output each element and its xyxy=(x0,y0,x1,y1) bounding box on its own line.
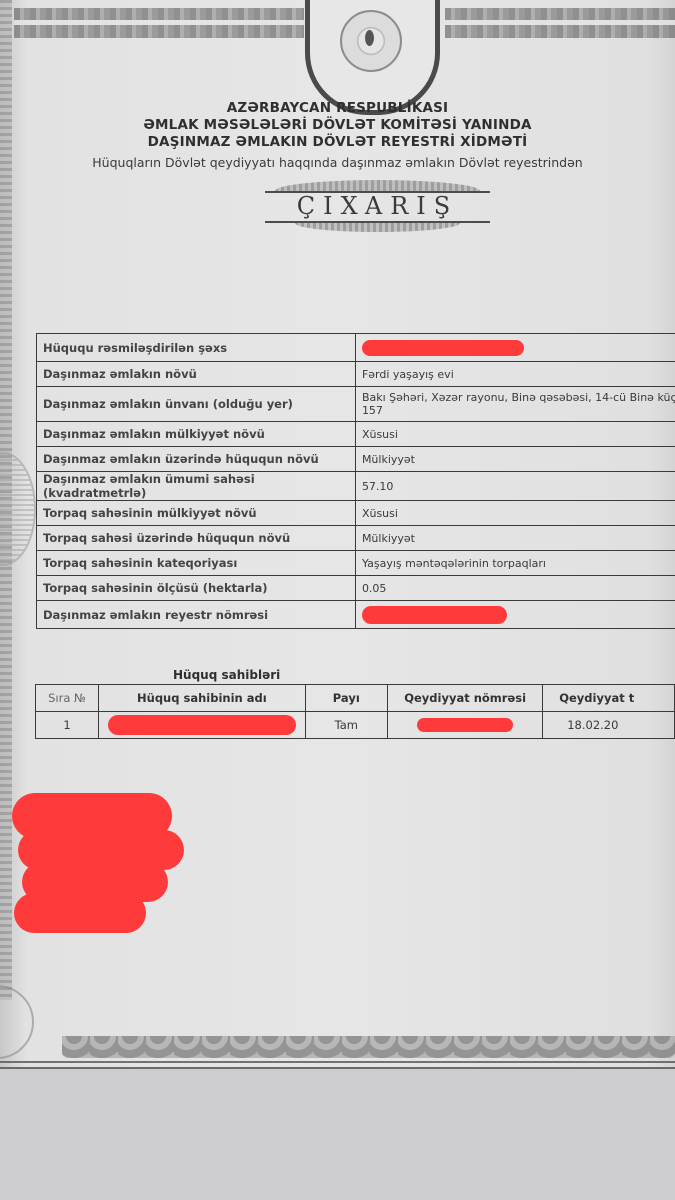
row-label: Torpaq sahəsi üzərində hüququn növü xyxy=(37,526,356,551)
flame-icon xyxy=(365,30,374,46)
redaction-mark xyxy=(14,893,146,933)
row-value: Fərdi yaşayış evi xyxy=(355,362,675,387)
owners-header-row: Sıra № Hüquq sahibinin adı Payı Qeydiyya… xyxy=(36,685,675,712)
table-row: Torpaq sahəsinin ölçüsü (hektarla) 0.05 xyxy=(37,576,675,601)
row-value-redacted xyxy=(355,334,675,362)
row-value: 0.05 xyxy=(355,576,675,601)
top-ornament-border-right xyxy=(445,8,675,38)
row-label: Daşınmaz əmlakın növü xyxy=(37,362,356,387)
table-row: Hüququ rəsmiləşdirilən şəxs xyxy=(37,334,675,362)
table-row: Torpaq sahəsi üzərində hüququn növü Mülk… xyxy=(37,526,675,551)
header-line-country: AZƏRBAYCAN RESPUBLİKASI xyxy=(0,100,675,117)
row-value: Yaşayış məntəqələrinin torpaqları xyxy=(355,551,675,576)
row-label: Daşınmaz əmlakın ümumi sahəsi (kvadratme… xyxy=(37,472,356,501)
property-details-table: Hüququ rəsmiləşdirilən şəxs Daşınmaz əml… xyxy=(36,333,675,629)
redaction-mark xyxy=(362,340,524,356)
row-label: Torpaq sahəsinin kateqoriyası xyxy=(37,551,356,576)
table-row: Daşınmaz əmlakın ünvanı (olduğu yer) Bak… xyxy=(37,387,675,422)
table-row: Daşınmaz əmlakın ümumi sahəsi (kvadratme… xyxy=(37,472,675,501)
bottom-rule xyxy=(0,1061,675,1063)
redaction-mark xyxy=(417,718,513,732)
document-title: ÇIXARIŞ xyxy=(265,192,490,220)
top-ornament-border-left xyxy=(14,8,304,38)
table-row: Daşınmaz əmlakın reyestr nömrəsi xyxy=(37,601,675,629)
row-value-redacted xyxy=(355,601,675,629)
row-value: Xüsusi xyxy=(355,422,675,447)
row-value: Xüsusi xyxy=(355,501,675,526)
row-label: Daşınmaz əmlakın mülkiyyət növü xyxy=(37,422,356,447)
row-label: Daşınmaz əmlakın ünvanı (olduğu yer) xyxy=(37,387,356,422)
column-header-share: Payı xyxy=(305,685,387,712)
owner-reg-date: 18.02.20 xyxy=(543,712,675,739)
table-row: 1 Tam 18.02.20 xyxy=(36,712,675,739)
column-header-name: Hüquq sahibinin adı xyxy=(99,685,305,712)
column-header-reg-number: Qeydiyyat nömrəsi xyxy=(388,685,543,712)
column-header-reg-date: Qeydiyyat t xyxy=(543,685,675,712)
row-value: 57.10 xyxy=(355,472,675,501)
bottom-ornament-border xyxy=(62,1036,675,1058)
owner-reg-number-redacted xyxy=(388,712,543,739)
background-surface xyxy=(0,1069,675,1200)
title-ornament-bottom xyxy=(295,223,460,232)
row-label: Torpaq sahəsinin mülkiyyət növü xyxy=(37,501,356,526)
owner-index: 1 xyxy=(36,712,99,739)
row-label: Torpaq sahəsinin ölçüsü (hektarla) xyxy=(37,576,356,601)
table-row: Daşınmaz əmlakın üzərində hüququn növü M… xyxy=(37,447,675,472)
table-row: Daşınmaz əmlakın növü Fərdi yaşayış evi xyxy=(37,362,675,387)
header-line-service: DAŞINMAZ ƏMLAKIN DÖVLƏT REYESTRİ XİDMƏTİ xyxy=(0,134,675,151)
document-title-block: ÇIXARIŞ xyxy=(265,178,490,233)
header-line-committee: ƏMLAK MƏSƏLƏLƏRİ DÖVLƏT KOMİTƏSİ YANINDA xyxy=(0,117,675,134)
owners-table: Sıra № Hüquq sahibinin adı Payı Qeydiyya… xyxy=(35,684,675,739)
row-value: Bakı Şəhəri, Xəzər rayonu, Binə qəsəbəsi… xyxy=(355,387,675,422)
table-row: Torpaq sahəsinin kateqoriyası Yaşayış mə… xyxy=(37,551,675,576)
row-label: Daşınmaz əmlakın üzərində hüququn növü xyxy=(37,447,356,472)
owner-name-redacted xyxy=(99,712,305,739)
owners-section-title: Hüquq sahibləri xyxy=(173,668,280,682)
row-value: Mülkiyyət xyxy=(355,526,675,551)
owner-share: Tam xyxy=(305,712,387,739)
row-label: Hüququ rəsmiləşdirilən şəxs xyxy=(37,334,356,362)
column-header-index: Sıra № xyxy=(36,685,99,712)
redaction-mark xyxy=(362,606,507,624)
address-line-1: Bakı Şəhəri, Xəzər rayonu, Binə qəsəbəsi… xyxy=(362,391,675,404)
row-value: Mülkiyyət xyxy=(355,447,675,472)
title-ornament-top xyxy=(275,180,480,191)
header-subtitle: Hüquqların Dövlət qeydiyyatı haqqında da… xyxy=(0,155,675,170)
address-line-2: 157 xyxy=(362,404,383,417)
redaction-mark xyxy=(108,715,296,735)
table-row: Daşınmaz əmlakın mülkiyyət növü Xüsusi xyxy=(37,422,675,447)
row-label: Daşınmaz əmlakın reyestr nömrəsi xyxy=(37,601,356,629)
table-row: Torpaq sahəsinin mülkiyyət növü Xüsusi xyxy=(37,501,675,526)
